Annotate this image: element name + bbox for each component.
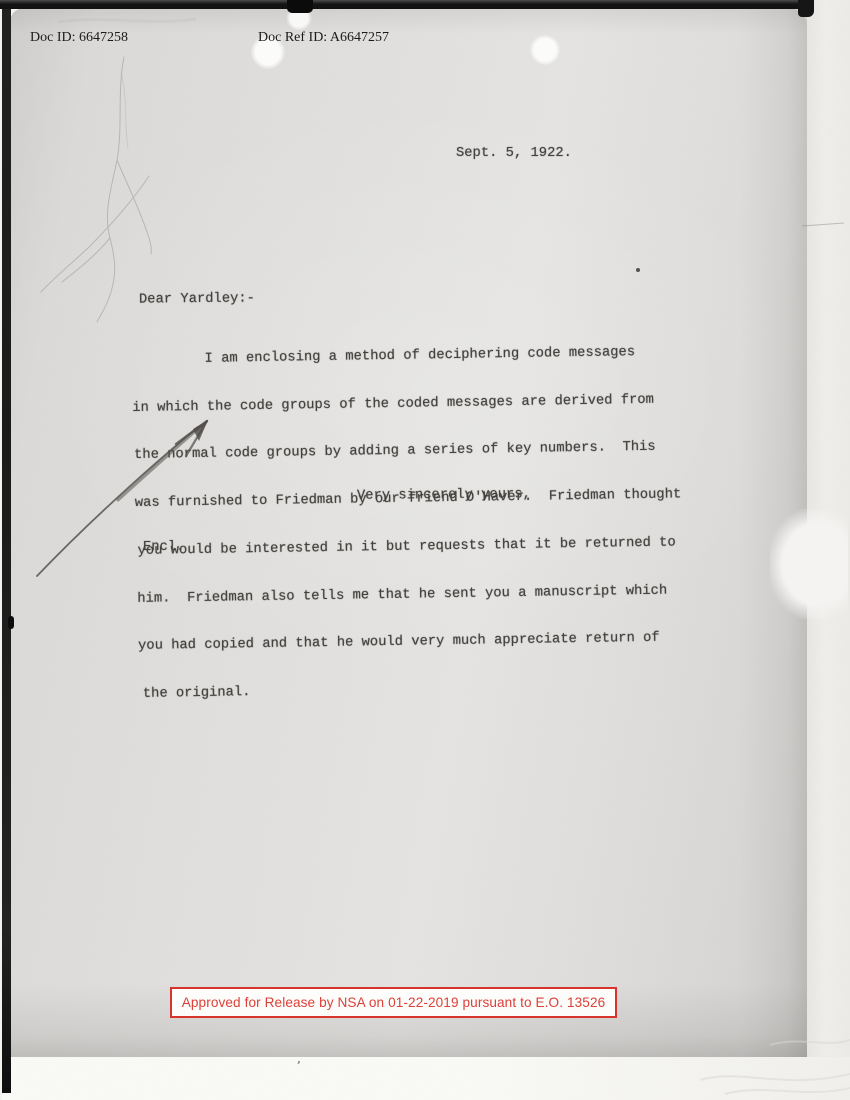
approval-stamp: Approved for Release by NSA on 01-22-201…	[170, 987, 617, 1018]
scan-edge-blob	[8, 616, 14, 629]
letter-salutation: Dear Yardley:-	[139, 291, 255, 307]
letter-date: Sept. 5, 1922.	[456, 146, 572, 161]
letter-body: I am enclosing a method of deciphering c…	[131, 312, 767, 718]
body-line: the original.	[143, 676, 767, 704]
scan-edge-left	[2, 0, 11, 1093]
body-line: you would be interested in it but reques…	[137, 533, 764, 561]
scan-edge-top-notch	[287, 0, 313, 13]
body-line: in which the code groups of the coded me…	[132, 390, 762, 418]
scanned-letter-page: { "header": { "doc_id": "Doc ID: 6647258…	[0, 0, 850, 1100]
punch-hole	[530, 35, 560, 65]
ink-speck	[636, 268, 640, 272]
doc-ref-id: Doc Ref ID: A6647257	[258, 30, 389, 46]
right-edge-notch	[770, 509, 848, 619]
body-line: him. Friedman also tells me that he sent…	[137, 581, 765, 609]
background-bottom-strip	[0, 1057, 850, 1100]
body-line: the normal code groups by adding a serie…	[134, 437, 763, 465]
approval-stamp-text: Approved for Release by NSA on 01-22-201…	[182, 995, 606, 1010]
scan-edge-top	[0, 0, 812, 9]
body-line: you had copied and that he would very mu…	[138, 628, 766, 656]
letter-closing: Very sincerely yours,	[357, 487, 531, 504]
letter-enclosure: Encl.	[143, 540, 184, 555]
body-line: I am enclosing a method of deciphering c…	[131, 342, 761, 370]
scan-edge-top-corner	[798, 0, 814, 17]
doc-id: Doc ID: 6647258	[30, 30, 128, 46]
